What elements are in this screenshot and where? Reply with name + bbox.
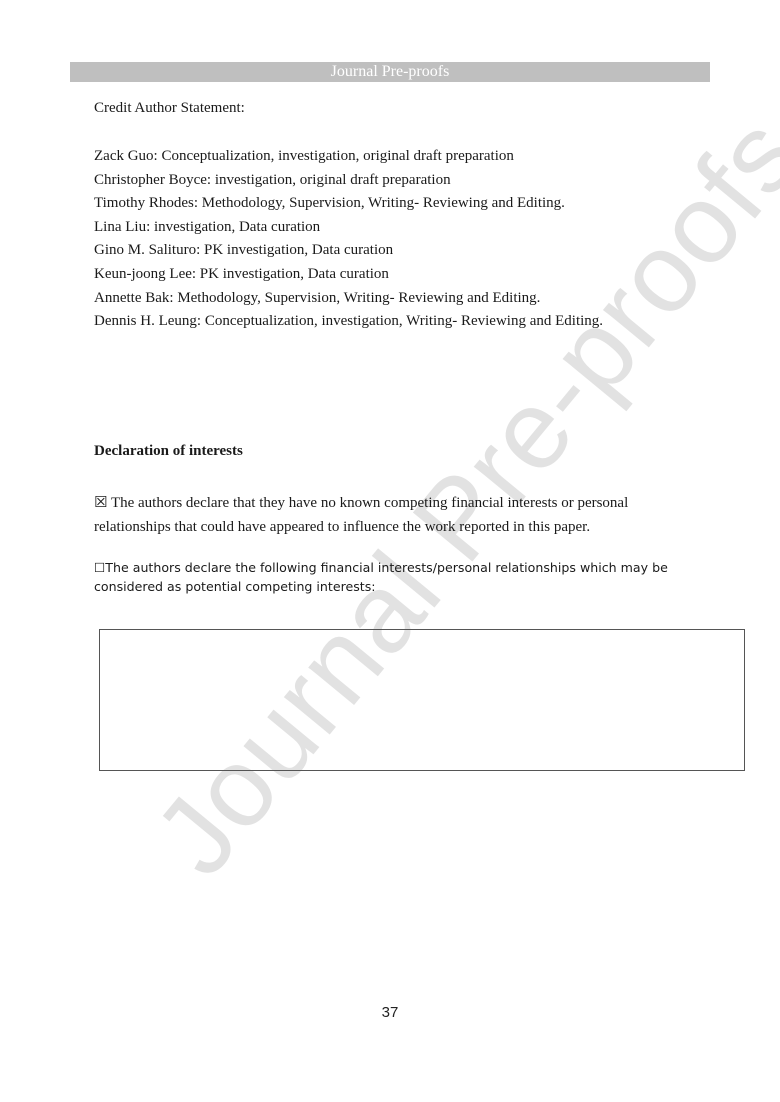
credit-entry: Zack Guo: Conceptualization, investigati… [94,146,603,170]
credit-statement-title: Credit Author Statement: [94,100,245,117]
declaration-no-interests: ☒ The authors declare that they have no … [94,490,694,539]
declaration-interests-text: The authors declare the following financ… [94,560,668,594]
declaration-title: Declaration of interests [94,443,243,460]
credit-entry: Timothy Rhodes: Methodology, Supervision… [94,193,603,217]
page-number: 37 [0,1004,780,1021]
running-header: Journal Pre-proofs [70,62,710,82]
credit-entry: Annette Bak: Methodology, Supervision, W… [94,288,603,312]
competing-interests-box [99,629,745,771]
credit-author-list: Zack Guo: Conceptualization, investigati… [94,146,603,335]
declaration-interests: ☐The authors declare the following finan… [94,558,714,596]
credit-entry: Gino M. Salituro: PK investigation, Data… [94,240,603,264]
credit-entry: Christopher Boyce: investigation, origin… [94,170,603,194]
credit-entry: Lina Liu: investigation, Data curation [94,217,603,241]
checked-checkbox-icon: ☒ [94,493,107,511]
credit-entry: Dennis H. Leung: Conceptualization, inve… [94,311,603,335]
credit-entry: Keun-joong Lee: PK investigation, Data c… [94,264,603,288]
unchecked-checkbox-icon: ☐ [94,560,105,575]
declaration-no-interests-text: The authors declare that they have no kn… [94,495,628,535]
document-page: Journal Pre-proofs Journal Pre-proofs Cr… [0,0,780,1102]
